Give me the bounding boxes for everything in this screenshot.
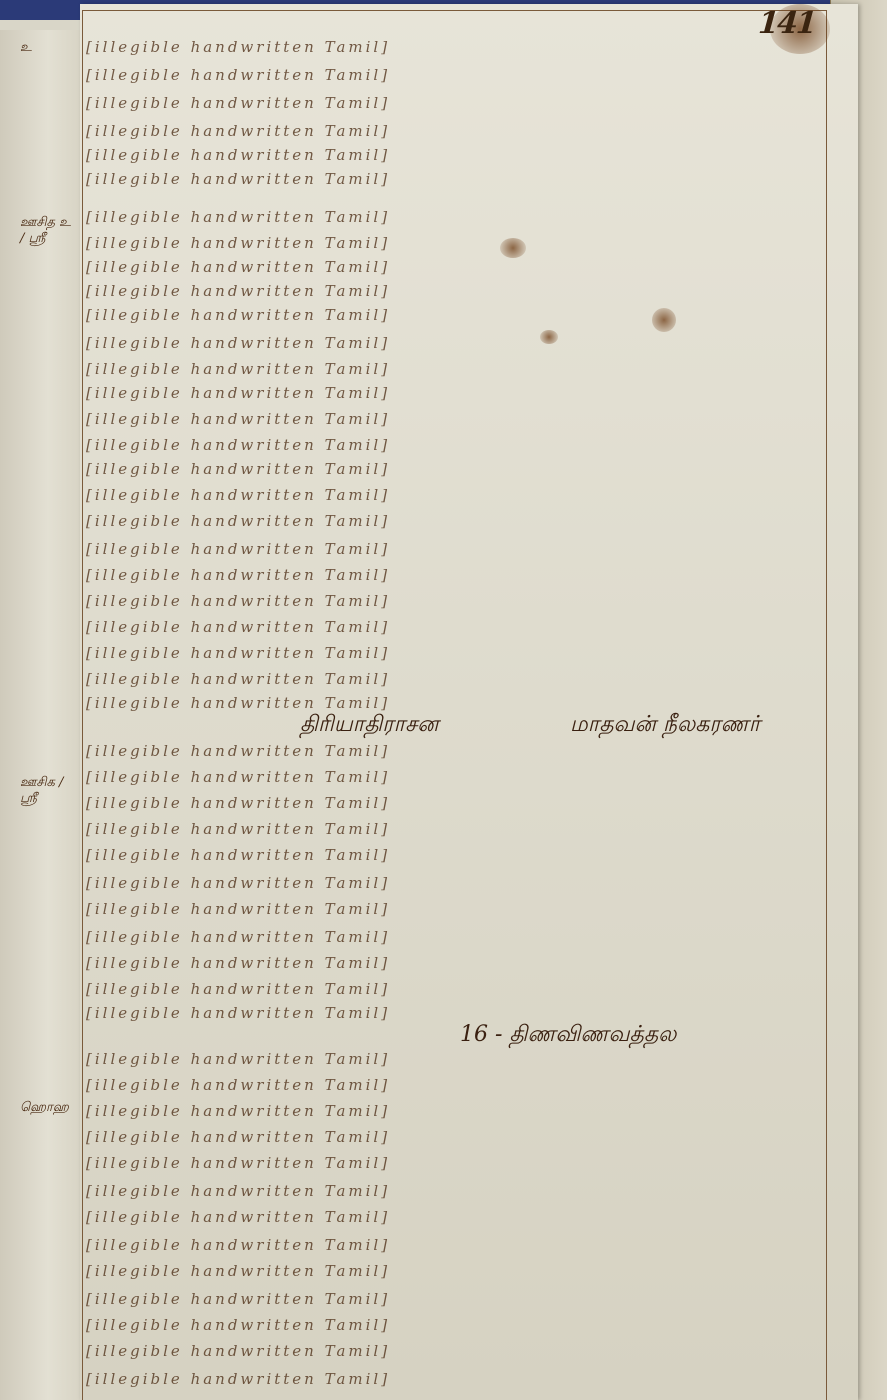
manuscript-line: [illegible handwritten Tamil] (86, 820, 821, 842)
manuscript-line: [illegible handwritten Tamil] (86, 512, 821, 534)
manuscript-line: [illegible handwritten Tamil] (86, 1102, 821, 1124)
manuscript-line: [illegible handwritten Tamil] (86, 592, 821, 614)
manuscript-line: [illegible handwritten Tamil] (86, 928, 821, 950)
manuscript-line: [illegible handwritten Tamil] (86, 360, 821, 382)
manuscript-line: [illegible handwritten Tamil] (86, 1290, 821, 1312)
manuscript-line: [illegible handwritten Tamil] (86, 1128, 821, 1150)
manuscript-line: [illegible handwritten Tamil] (86, 258, 821, 280)
manuscript-line: [illegible handwritten Tamil] (86, 874, 821, 896)
page-number: 141 (753, 6, 819, 41)
top-rule (82, 10, 827, 11)
margin-rule (82, 10, 83, 1400)
manuscript-line: [illegible handwritten Tamil] (86, 94, 821, 116)
right-rule (826, 10, 827, 1400)
margin-note: ஹொஹ (20, 1100, 76, 1116)
manuscript-line: [illegible handwritten Tamil] (86, 768, 821, 790)
manuscript-line: [illegible handwritten Tamil] (86, 1316, 821, 1338)
manuscript-line: [illegible handwritten Tamil] (86, 540, 821, 562)
manuscript-line: [illegible handwritten Tamil] (86, 410, 821, 432)
manuscript-line: [illegible handwritten Tamil] (86, 436, 821, 458)
manuscript-line: [illegible handwritten Tamil] (86, 1342, 821, 1364)
inline-heading: 16 - திணவிணவத்தல (460, 1022, 676, 1050)
manuscript-line: [illegible handwritten Tamil] (86, 900, 821, 922)
manuscript-line: [illegible handwritten Tamil] (86, 460, 821, 482)
manuscript-line: [illegible handwritten Tamil] (86, 1154, 821, 1176)
manuscript-line: [illegible handwritten Tamil] (86, 234, 821, 256)
manuscript-line: [illegible handwritten Tamil] (86, 170, 821, 192)
manuscript-line: [illegible handwritten Tamil] (86, 1050, 821, 1072)
manuscript-line: [illegible handwritten Tamil] (86, 644, 821, 666)
manuscript-line: [illegible handwritten Tamil] (86, 618, 821, 640)
manuscript-line: [illegible handwritten Tamil] (86, 66, 821, 88)
manuscript-line: [illegible handwritten Tamil] (86, 1236, 821, 1258)
manuscript-line: [illegible handwritten Tamil] (86, 282, 821, 304)
manuscript-line: [illegible handwritten Tamil] (86, 1076, 821, 1098)
manuscript-line: [illegible handwritten Tamil] (86, 334, 821, 356)
manuscript-line: [illegible handwritten Tamil] (86, 742, 821, 764)
manuscript-line: [illegible handwritten Tamil] (86, 1004, 821, 1026)
manuscript-line: [illegible handwritten Tamil] (86, 38, 821, 60)
manuscript-line: [illegible handwritten Tamil] (86, 794, 821, 816)
inline-heading: திரியாதிராசன (300, 712, 439, 740)
manuscript-line: [illegible handwritten Tamil] (86, 1208, 821, 1230)
manuscript-line: [illegible handwritten Tamil] (86, 306, 821, 328)
manuscript-line: [illegible handwritten Tamil] (86, 980, 821, 1002)
manuscript-line: [illegible handwritten Tamil] (86, 208, 821, 230)
manuscript-line: [illegible handwritten Tamil] (86, 384, 821, 406)
manuscript-line: [illegible handwritten Tamil] (86, 1370, 821, 1392)
manuscript-line: [illegible handwritten Tamil] (86, 122, 821, 144)
inline-heading: மாதவன் நீலகரணர் (570, 712, 760, 740)
manuscript-line: [illegible handwritten Tamil] (86, 146, 821, 168)
manuscript-line: [illegible handwritten Tamil] (86, 846, 821, 868)
manuscript-line: [illegible handwritten Tamil] (86, 486, 821, 508)
manuscript-line: [illegible handwritten Tamil] (86, 1182, 821, 1204)
manuscript-line: [illegible handwritten Tamil] (86, 954, 821, 976)
margin-note: உ (20, 40, 76, 56)
manuscript-line: [illegible handwritten Tamil] (86, 1262, 821, 1284)
margin-note: ஊசிக / ஸ்ரீ (20, 775, 76, 807)
manuscript-line: [illegible handwritten Tamil] (86, 566, 821, 588)
manuscript-line: [illegible handwritten Tamil] (86, 670, 821, 692)
margin-note: ஊசித உ / ஸ்ரீ (20, 215, 76, 247)
